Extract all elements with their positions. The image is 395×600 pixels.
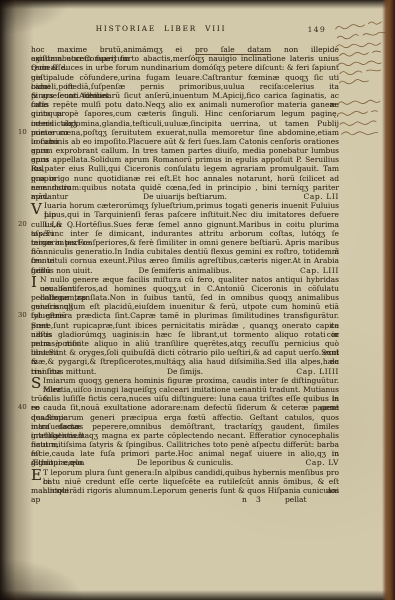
- text-line: intra domos peperere,omnibus demōſtrant,…: [31, 422, 339, 431]
- text-line: VIuaria horum cæterorúmqʒ ſylueſtrium,pr…: [31, 201, 339, 210]
- chapter-heading-row: apri.De uiuarijs beſtiarum.Cap. LII: [31, 192, 339, 201]
- text-line: SImiarum quoqʒ genera hominis figuræ pro…: [31, 376, 339, 385]
- text-line: ſolertia,uiſco inungi laqueiſqʒ calceari…: [31, 385, 339, 394]
- text-line: nem morum:quibus notata quidē cœna,ſed i…: [31, 183, 339, 192]
- text-line: & ars iecori fœminarū ſicut anſerū,inuen…: [31, 91, 339, 100]
- text-line: preæ,ſunt rupicapræ,ſunt ibices pernicit…: [31, 321, 339, 330]
- text-line: ſicut mitiſsima ſatyris & ſpingibus. Cal…: [31, 440, 339, 449]
- chapter-number: Cap. LV: [306, 458, 340, 467]
- page-number: 149: [308, 25, 326, 34]
- text-line: ſi anniculis generatio.In India cubitale…: [31, 247, 339, 256]
- text-line: cœnis abdomina,glandia,teſticuli,uuluæ,ſ…: [31, 119, 339, 128]
- margin-line-number: 40: [18, 403, 27, 412]
- margin-note-cluster-1: [335, 21, 388, 84]
- text-line: mæ,& pygargi,& ſtrepſicerotes,multáqʒ al…: [31, 357, 339, 366]
- text-line: 30tot genera prædicta ſint.Capræ tamē in…: [31, 311, 339, 320]
- text-line: qua origo nunc quotidianæ rei eſt.Et hoc…: [31, 174, 339, 183]
- text-line: lo ſuminis ab eo impoſito.Placuere aūt &…: [31, 137, 339, 146]
- margin-note-cluster-2: [337, 100, 382, 136]
- chapter-title: De ſemiferis animalibus.: [139, 266, 232, 275]
- margin-line-number: 10: [18, 128, 27, 137]
- paragraph-end-text: genus non uiuit.: [31, 266, 93, 275]
- chapter-number: Cap. LIII: [300, 266, 339, 275]
- text-line: pellatione tranſlata.Non in ſuibus tantū…: [31, 293, 339, 302]
- text-line: mal intolerādi rigoris alumnum.Leporum g…: [31, 486, 339, 495]
- text-line: mum è monte aliquo in aliū tranſilire qu…: [31, 339, 339, 348]
- text-line: gnus appellata.Solidum aprum Romanorū pr…: [31, 155, 339, 164]
- text-line: tant.Sunt & oryges,ſoli quibuſdā dicti c…: [31, 348, 339, 357]
- chapter-title: De leporibus & cuniculis.: [137, 458, 233, 467]
- running-head: HISTORIAE LIBER VIII 149: [31, 24, 339, 35]
- text-line: lus,pater eius Rulli,qui Ciceronis conſu…: [31, 164, 339, 173]
- text-segment: hoc maxime brutū,animámqʒ ei: [31, 45, 195, 54]
- text-line: pinus,qui in Tarquinienſi feras paſcere …: [31, 210, 339, 219]
- text-line: intelligentis.Itaqʒ magna ex parte cōple…: [31, 431, 339, 440]
- chapter-number: Cap. LII: [304, 192, 340, 201]
- chapter-heading-row: gignitur cœlo.De leporibus & cuniculis.C…: [31, 458, 339, 467]
- text-line: ceu ſemiferos,ad homines quoqʒ,ut in C.A…: [31, 284, 339, 293]
- text-line: ET leporum plura ſunt genera:In alpibus …: [31, 468, 339, 477]
- text-line: gia palude cōfundere,urina fugam leuare.…: [31, 73, 339, 82]
- text-line: Quin & duces in urbe forum nundinarium d…: [31, 63, 339, 72]
- chapter-title: De uiuarijs beſtiarum.: [143, 192, 227, 201]
- text-line: minæ in partu aſperiores,& ferè ſimilite…: [31, 238, 339, 247]
- chapter-heading-row: genus non uiuit.De ſemiferis animalibus.…: [31, 266, 339, 275]
- text-line: trūculis luſiſſe fictis cera,nuces uiſu …: [31, 394, 339, 403]
- running-head-title: HISTORIAE LIBER VIII: [7, 24, 315, 33]
- text-line: 20cullus,& Q.Hortēſius.Sues feræ ſemel a…: [31, 220, 339, 229]
- text-line: batu niuē credunt eſſe certe liqueſcēte …: [31, 477, 339, 486]
- chapter-title: De ſimijs.: [167, 367, 203, 376]
- text-line: gnum exprobrant callum. In tres tamen pa…: [31, 146, 339, 155]
- text-line: tas.Tunc inter ſe dimicant, indurantes a…: [31, 229, 339, 238]
- text-line: ceu uituli cornua exeunt.Pilus æreo ſimi…: [31, 256, 339, 265]
- chapter-heading-row: rini ſitus mittunt.De ſimijs.Cap. LIIII: [31, 367, 339, 376]
- chapter-number: Cap. LIIII: [296, 367, 339, 376]
- text-line: generis ullum eſt placidū,eiuſdem inueni…: [31, 302, 339, 311]
- text-line: agnitam uocem ſuarij furto abactis,merſó…: [31, 54, 339, 63]
- text-line: ginta propè ſapores,cum cæteris ſinguli.…: [31, 109, 339, 118]
- handwritten-margin-notes: [335, 21, 395, 155]
- margin-line-number: 30: [18, 311, 27, 320]
- text-line: facie,cauda late fuſa primori parte.Hoc …: [31, 449, 339, 458]
- signature-row: n3pellat: [31, 495, 339, 504]
- signature-mark-letter: n: [242, 495, 247, 504]
- text-line: catis repēte mulſi potu dato.Neqʒ alio e…: [31, 100, 339, 109]
- text-line: nibus gladiorúmqʒ uaginis:in hæc ſe libr…: [31, 330, 339, 339]
- text-line: hoc maxime brutū,animámqʒ ei pro ſale da…: [31, 45, 339, 54]
- text-line: 10poetæ cœna,poſtqʒ ſeruitutem exuerat,n…: [31, 128, 339, 137]
- margin-line-number: 20: [18, 220, 27, 229]
- text-line: 40re cauda ſit,nouā exultatione adorare:…: [31, 403, 339, 412]
- text-line: IN nullo genere æque facilis miſtura cū …: [31, 275, 339, 284]
- text-line: bidui inediā,ſuſpenſæ pernis primoribus,…: [31, 82, 339, 91]
- signature-mark-number: 3: [256, 495, 261, 504]
- text-line: des.Simiarum generi præcipua erga fœtū a…: [31, 413, 339, 422]
- book-page-scan: { "page": { "header": { "title": "HISTOR…: [0, 0, 395, 600]
- text-block: hoc maxime brutū,animámqʒ ei pro ſale da…: [31, 45, 339, 504]
- catchword: pellat: [285, 495, 307, 504]
